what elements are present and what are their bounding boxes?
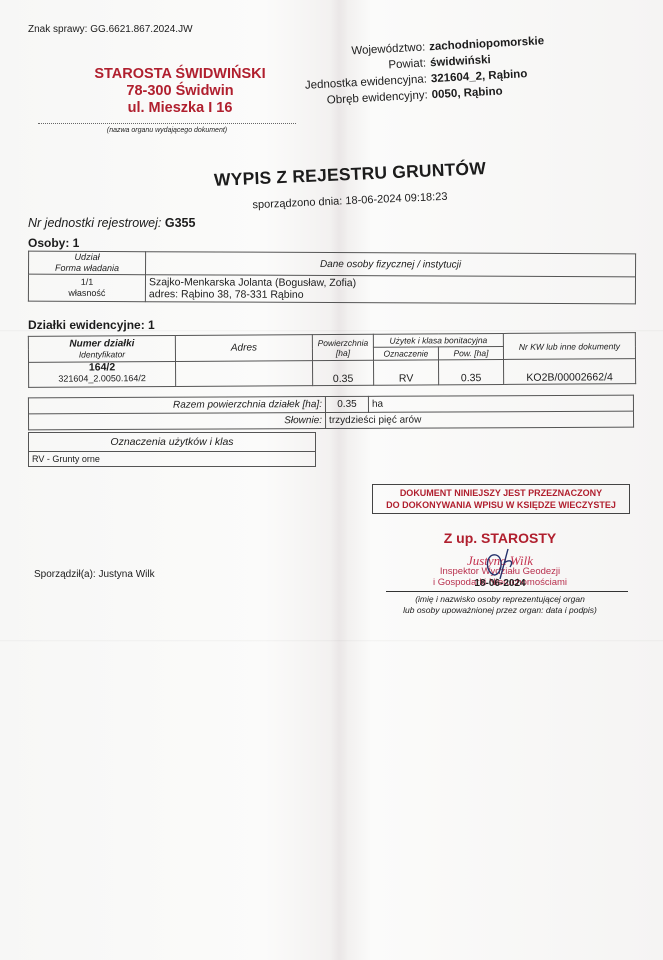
persons-heading: Osoby: 1 — [28, 236, 79, 250]
parcels-table: Numer działki Identyfikator Adres Powier… — [28, 332, 636, 388]
parcel-identifier: 321604_2.0050.164/2 — [32, 373, 172, 385]
signature-caption: (imię i nazwisko osoby reprezentującej o… — [372, 594, 628, 616]
area-unit-label: [ha] — [316, 347, 370, 357]
organ-dotted-line — [38, 123, 296, 124]
total-area-unit: ha — [368, 395, 633, 412]
parcel-identifier-label: Identyfikator — [32, 348, 172, 359]
registry-unit-value: G355 — [165, 216, 196, 230]
authority-stamp: Z up. STAROSTY — [372, 530, 628, 546]
table-header-row: Numer działki Identyfikator Adres Powier… — [28, 333, 635, 350]
person-address: adres: Rąbino 38, 78-331 Rąbino — [149, 288, 632, 302]
location-block: Województwo:zachodniopomorskie Powiat:św… — [300, 28, 653, 110]
ownership-value: własność — [32, 288, 142, 299]
parcel-number-cell: 164/2 321604_2.0050.164/2 — [29, 361, 176, 387]
location-value: 0050, Rąbino — [431, 83, 503, 103]
share-header: Udział Forma władania — [29, 251, 146, 275]
table-row: 1/1 własność Szajko-Menkarska Jolanta (B… — [28, 274, 635, 304]
document-page: Znak sprawy: GG.6621.867.2024.JW STAROST… — [0, 0, 663, 960]
stamp-line: DO DOKONYWANIA WPISU W KSIĘDZE WIECZYSTE… — [375, 499, 627, 511]
words-value: trzydzieści pięć arów — [326, 411, 634, 428]
ownership-header-label: Forma władania — [32, 263, 142, 274]
share-cell: 1/1 własność — [28, 274, 145, 302]
paper-crease — [330, 0, 348, 960]
table-row: 164/2 321604_2.0050.164/2 0.35 RV 0.35 K… — [29, 359, 636, 388]
prepared-by: Sporządził(a): Justyna Wilk — [34, 569, 155, 580]
handwritten-signature-icon — [480, 545, 520, 585]
parcel-address — [176, 361, 313, 387]
persons-table: Udział Forma władania Dane osoby fizyczn… — [28, 251, 636, 305]
parcels-heading: Działki ewidencyjne: 1 — [28, 318, 155, 332]
organ-caption: (nazwa organu wydającego dokument) — [38, 127, 296, 134]
table-header-row: Oznaczenia użytków i klas — [29, 433, 316, 452]
paper-crease — [0, 640, 663, 642]
use-area-header: Pow. [ha] — [438, 346, 503, 359]
area-header: Powierzchnia [ha] — [312, 334, 373, 360]
legend-header: Oznaczenia użytków i klas — [29, 433, 316, 452]
document-date: sporządzono dnia: 18-06-2024 09:18:23 — [190, 188, 510, 214]
share-header-label: Udział — [32, 252, 142, 263]
signature-caption-line: (imię i nazwisko osoby reprezentującej o… — [372, 594, 628, 605]
organ-street: ul. Mieszka I 16 — [60, 100, 300, 117]
parcel-number-header: Numer działki Identyfikator — [28, 335, 175, 362]
person-header: Dane osoby fizycznej / instytucji — [146, 252, 636, 277]
issuing-organ: STAROSTA ŚWIDWIŃSKI 78-300 Świdwin ul. M… — [60, 66, 300, 117]
legend-item: RV - Grunty orne — [29, 452, 316, 467]
parcel-kw: KO2B/00002662/4 — [503, 359, 635, 385]
registry-unit: Nr jednostki rejestrowej: G355 — [28, 216, 195, 230]
organ-name: STAROSTA ŚWIDWIŃSKI — [60, 66, 300, 83]
land-use-legend: Oznaczenia użytków i klas RV - Grunty or… — [28, 432, 316, 467]
stamp-line: DOKUMENT NINIEJSZY JEST PRZEZNACZONY — [375, 487, 627, 499]
total-area-label: Razem powierzchnia działek [ha]: — [28, 397, 325, 414]
parcel-designation: RV — [374, 360, 439, 385]
case-number: Znak sprawy: GG.6621.867.2024.JW — [28, 24, 193, 35]
share-value: 1/1 — [32, 277, 142, 288]
signature-caption-line: lub osoby upoważnionej przez organ: data… — [372, 605, 628, 616]
organ-city: 78-300 Świdwin — [60, 83, 300, 100]
signature-line — [386, 591, 628, 592]
table-header-row: Udział Forma władania Dane osoby fizyczn… — [29, 251, 636, 277]
kw-header: Nr KW lub inne dokumenty — [503, 333, 635, 360]
total-area-value: 0.35 — [325, 396, 368, 412]
words-row: Słownie: trzydzieści pięć arów — [29, 411, 634, 430]
table-row: RV - Grunty orne — [29, 452, 316, 467]
parcel-area: 0.35 — [313, 360, 374, 385]
designation-header: Oznaczenie — [373, 347, 438, 360]
parcel-use-area: 0.35 — [439, 359, 504, 384]
summary-table: Razem powierzchnia działek [ha]: 0.35 ha… — [28, 395, 634, 431]
registry-unit-label: Nr jednostki rejestrowej: — [28, 216, 161, 230]
parcel-number: 164/2 — [32, 362, 172, 374]
words-label: Słownie: — [29, 413, 326, 430]
land-registry-stamp: DOKUMENT NINIEJSZY JEST PRZEZNACZONY DO … — [372, 484, 630, 514]
use-class-header: Użytek i klasa bonitacyjna — [373, 333, 503, 347]
address-header: Adres — [175, 335, 312, 362]
area-label: Powierzchnia — [316, 337, 370, 347]
person-cell: Szajko-Menkarska Jolanta (Bogusław, Zofi… — [145, 275, 635, 304]
